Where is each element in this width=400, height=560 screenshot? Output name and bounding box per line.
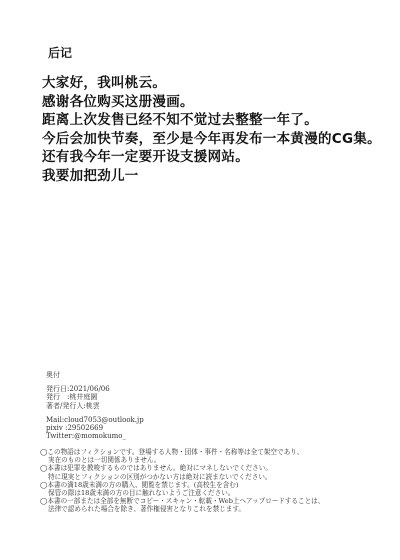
colophon: 奥付 発行日:2021/06/06 発行 :桃井庭園 著者/発行人:桃雲 Mai… <box>46 371 144 440</box>
afterword-line: 大家好，我叫桃云。 <box>42 74 381 93</box>
notice-line: ◯本書は犯罪を教唆するものではありません。絶対にマネしないでください。 <box>40 464 324 472</box>
notice-line: ◯本書の満18歳未満の方の購入、閲覧を禁じます。(高校生を含む) <box>40 481 324 489</box>
afterword-line: 还有我今年一定要开设支援网站。 <box>42 148 381 167</box>
notice-item: ◯本書の満18歳未満の方の購入、閲覧を禁じます。(高校生を含む) 保管の際は18… <box>40 481 324 497</box>
notice-item: ◯この物語はフィクションです。登場する人物・団体・事件・名称等は全て架空であり、… <box>40 448 324 464</box>
afterword-line: 感谢各位购买这册漫画。 <box>42 93 381 112</box>
notice-line: 法律で認められた場合を除き、著作権侵害となりこれを禁じます。 <box>40 505 324 513</box>
notices: ◯この物語はフィクションです。登場する人物・団体・事件・名称等は全て架空であり、… <box>40 448 324 514</box>
afterword-line: 今后会加快节奏，至少是今年再发布一本黄漫的CG集。 <box>42 130 381 149</box>
notice-line: 特に現実とフィクションの区別がつかない方は絶対に読まないでください。 <box>40 473 324 481</box>
author: 著者/発行人:桃雲 <box>46 402 144 410</box>
afterword-body: 大家好，我叫桃云。 感谢各位购买这册漫画。 距离上次发售已经不知不觉过去整整一年… <box>42 74 381 186</box>
afterword-heading: 后记 <box>48 44 72 61</box>
afterword-line: 距离上次发售已经不知不觉过去整整一年了。 <box>42 111 381 130</box>
notice-item: ◯本書は犯罪を教唆するものではありません。絶対にマネしないでください。 特に現実… <box>40 464 324 480</box>
notice-line: 保管の際は18歳未満の方の目に触れないようご注意ください。 <box>40 489 324 497</box>
notice-item: ◯本書の一部または全部を無断でコピー・スキャン・転載・Web上へアップロードする… <box>40 497 324 513</box>
pixiv-contact: pixiv :29502669 <box>46 424 144 432</box>
colophon-title: 奥付 <box>46 371 144 379</box>
mail-contact: Mail:cloud7053@outlook.jp <box>46 416 144 424</box>
publisher: 発行 :桃井庭園 <box>46 393 144 401</box>
twitter-contact: Twitter:@momokumo_ <box>46 432 144 440</box>
notice-line: ◯この物語はフィクションです。登場する人物・団体・事件・名称等は全て架空であり、 <box>40 448 324 456</box>
afterword-line: 我要加把劲儿一 <box>42 167 381 186</box>
